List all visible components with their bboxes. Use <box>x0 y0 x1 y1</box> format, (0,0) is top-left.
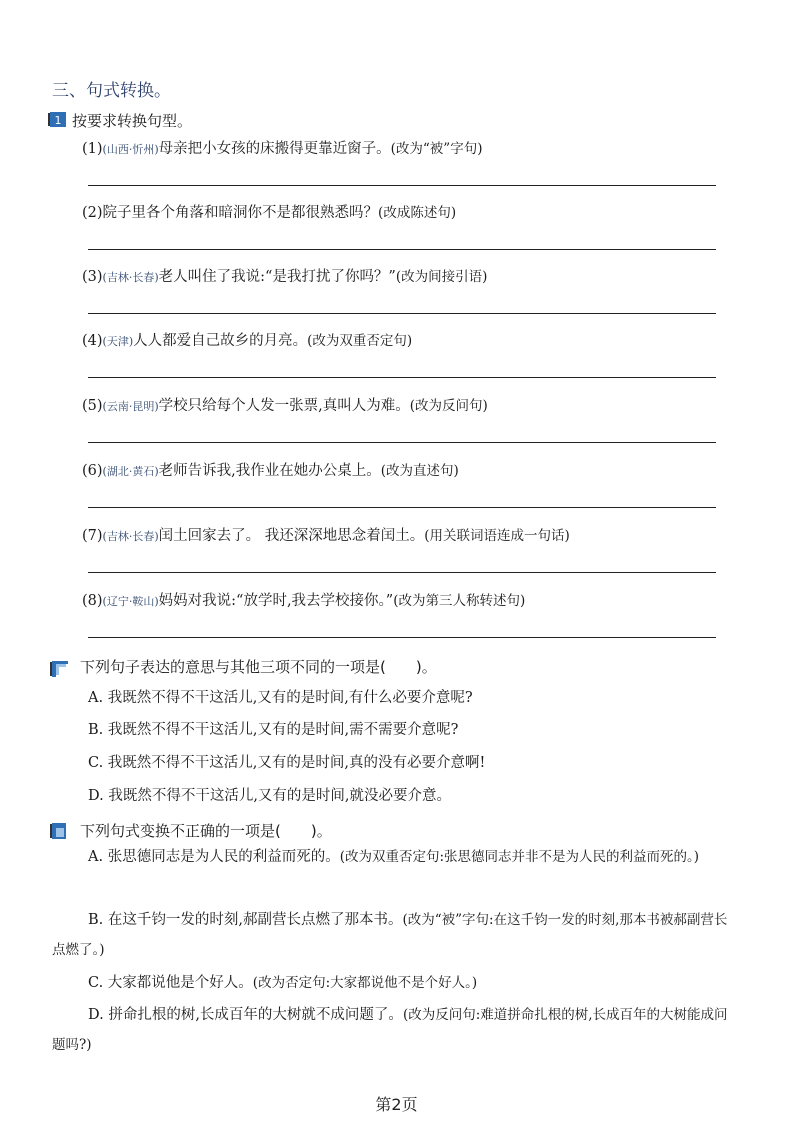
item-text: 老师告诉我,我作业在她办公桌上。 <box>159 463 381 479</box>
question-number-icon: 1 <box>48 112 66 127</box>
item-hint: (改为第三人称转述句) <box>393 593 525 609</box>
answer-line[interactable] <box>88 442 716 443</box>
q3-option-a: A. 张思德同志是为人民的利益而死的。(改为双重否定句:张思德同志并非不是为人民… <box>52 842 732 872</box>
answer-line[interactable] <box>88 377 716 378</box>
item-number: (3) <box>82 269 103 285</box>
item-text: 人人都爱自己故乡的月亮。 <box>133 333 307 349</box>
question-number-icon <box>50 659 68 674</box>
q1-item: (3)(吉林·长春)老人叫住了我说:“是我打扰了你吗？”(改为间接引语) <box>82 265 487 286</box>
q1-item: (2)院子里各个角落和暗洞你不是都很熟悉吗？(改成陈述句) <box>82 201 456 222</box>
q1-title: 按要求转换句型。 <box>72 110 192 131</box>
item-hint: (改成陈述句) <box>378 205 456 221</box>
item-hint: (改为“被”字句) <box>391 141 483 157</box>
q3-option-d: D. 拼命扎根的树,长成百年的大树就不成问题了。(改为反问句:难道拼命扎根的树,… <box>52 1000 732 1060</box>
item-text: 院子里各个角落和暗洞你不是都很熟悉吗？ <box>103 205 379 221</box>
item-source: (吉林·长春) <box>103 530 159 543</box>
q1-item: (4)(天津)人人都爱自己故乡的月亮。(改为双重否定句) <box>82 329 412 350</box>
q1-item: (1)(山西·忻州)母亲把小女孩的床搬得更靠近窗子。(改为“被”字句) <box>82 137 482 158</box>
q3-option-b: B. 在这千钧一发的时刻,郝副营长点燃了那本书。(改为“被”字句:在这千钧一发的… <box>52 905 732 965</box>
section-title: 三、句式转换。 <box>52 76 171 101</box>
answer-line[interactable] <box>88 313 716 314</box>
q2-option-a: A. 我既然不得不干这活儿,又有的是时间,有什么必要介意呢? <box>88 686 473 707</box>
item-number: (1) <box>82 141 103 157</box>
item-text: 学校只给每个人发一张票,真叫人为难。 <box>159 398 410 414</box>
svg-text:1: 1 <box>55 114 62 127</box>
item-hint: (改为间接引语) <box>396 269 488 285</box>
answer-line[interactable] <box>88 507 716 508</box>
page-number: 第2页 <box>0 1092 793 1115</box>
answer-line[interactable] <box>88 572 716 573</box>
item-source: (辽宁·鞍山) <box>103 595 159 608</box>
q3-option-c: C. 大家都说他是个好人。(改为否定句:大家都说他不是个好人。) <box>52 968 732 998</box>
item-number: (4) <box>82 333 103 349</box>
answer-line[interactable] <box>88 637 716 638</box>
q1-item: (5)(云南·昆明)学校只给每个人发一张票,真叫人为难。(改为反问句) <box>82 394 488 415</box>
item-text: 妈妈对我说:“放学时,我去学校接你。” <box>159 593 394 609</box>
item-number: (8) <box>82 593 103 609</box>
q1-item: (7)(吉林·长春)闰土回家去了。 我还深深地思念着闰土。(用关联词语连成一句话… <box>82 524 570 545</box>
q2-option-d: D. 我既然不得不干这活儿,又有的是时间,就没必要介意。 <box>88 784 451 805</box>
item-number: (5) <box>82 398 103 414</box>
item-hint: (改为反问句) <box>410 398 488 414</box>
item-number: (6) <box>82 463 103 479</box>
answer-line[interactable] <box>88 185 716 186</box>
q3-title: 下列句式变换不正确的一项是( )。 <box>80 820 332 841</box>
q1-item: (6)(湖北·黄石)老师告诉我,我作业在她办公桌上。(改为直述句) <box>82 459 459 480</box>
q2-option-b: B. 我既然不得不干这活儿,又有的是时间,需不需要介意呢? <box>88 718 458 739</box>
question-number-icon <box>50 822 68 837</box>
item-source: (山西·忻州) <box>103 143 159 156</box>
item-text: 母亲把小女孩的床搬得更靠近窗子。 <box>159 141 391 157</box>
item-source: (天津) <box>103 335 134 348</box>
item-source: (云南·昆明) <box>103 400 159 413</box>
item-hint: (改为双重否定句) <box>307 333 412 349</box>
item-text: 老人叫住了我说:“是我打扰了你吗？” <box>159 269 396 285</box>
item-hint: (改为直述句) <box>381 463 459 479</box>
q2-option-c: C. 我既然不得不干这活儿,又有的是时间,真的没有必要介意啊! <box>88 751 485 772</box>
item-number: (2) <box>82 205 103 221</box>
q2-title: 下列句子表达的意思与其他三项不同的一项是( )。 <box>80 656 437 677</box>
item-source: (湖北·黄石) <box>103 465 159 478</box>
item-text: 闰土回家去了。 我还深深地思念着闰土。 <box>159 528 425 544</box>
item-number: (7) <box>82 528 103 544</box>
q1-item: (8)(辽宁·鞍山)妈妈对我说:“放学时,我去学校接你。”(改为第三人称转述句) <box>82 589 525 610</box>
answer-line[interactable] <box>88 249 716 250</box>
item-hint: (用关联词语连成一句话) <box>424 528 570 544</box>
item-source: (吉林·长春) <box>103 271 159 284</box>
